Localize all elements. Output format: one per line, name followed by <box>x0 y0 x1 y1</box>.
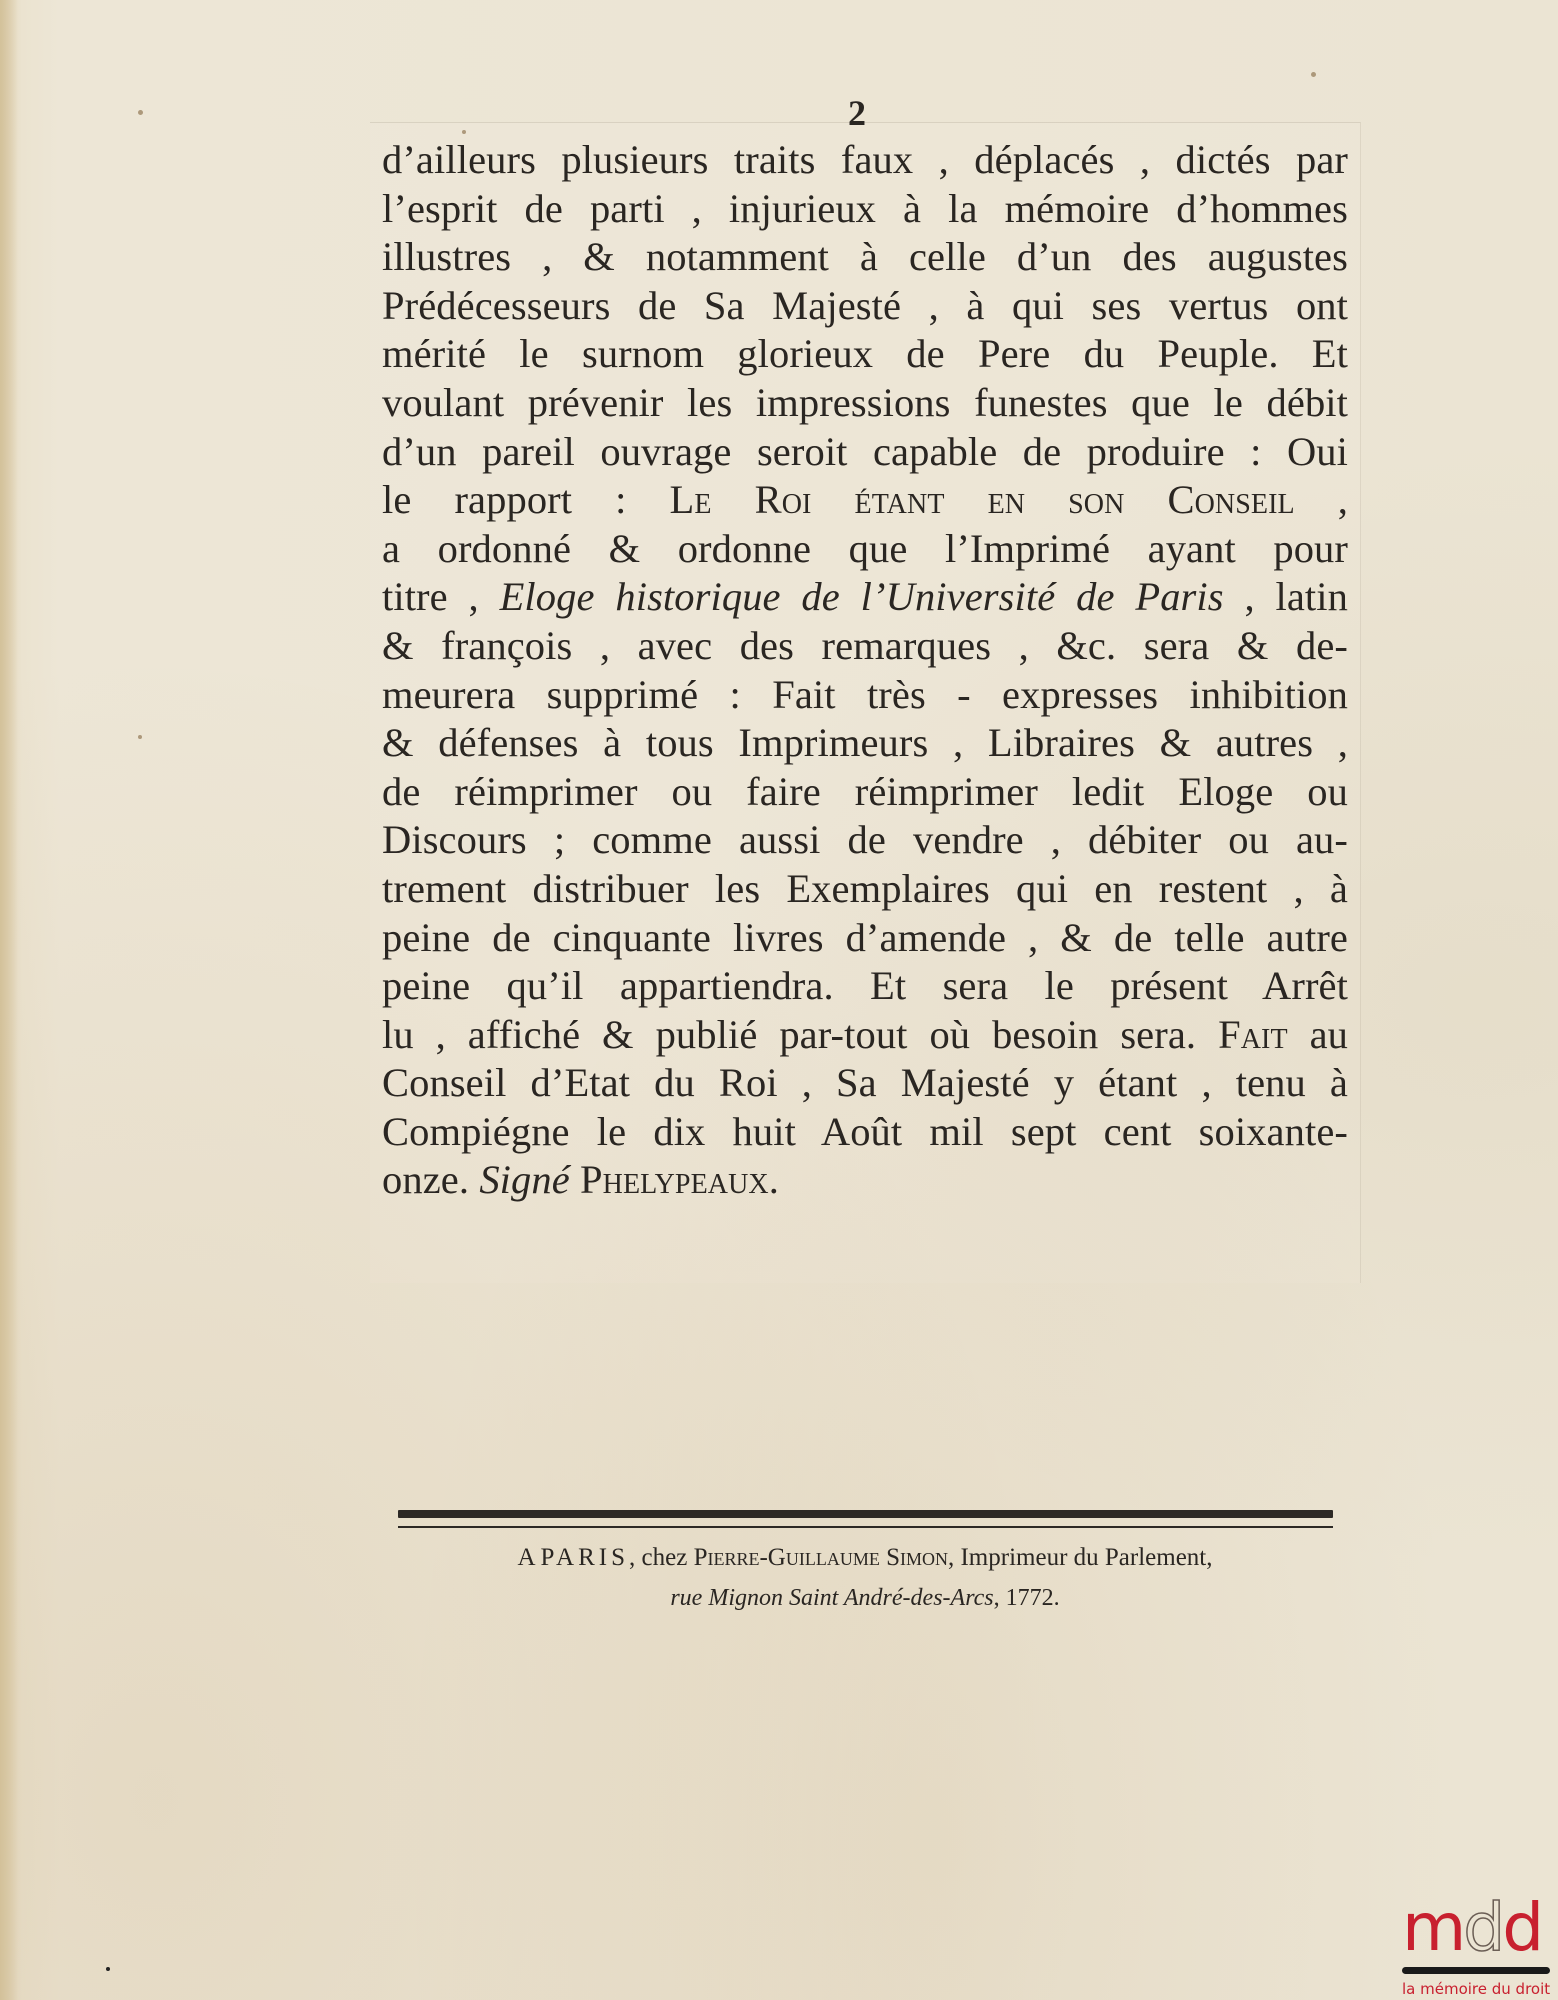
text-run: onze. <box>382 1157 479 1202</box>
logo-letter-d-outline: d <box>1463 1889 1502 1966</box>
printer-imprint: A PARIS, chez Pierre-Guillaume Simon, Im… <box>380 1538 1350 1618</box>
logo-letter-m: m <box>1402 1889 1463 1966</box>
text-line: lu , affiché & publié par-tout où besoin… <box>382 1011 1348 1060</box>
text-line: illustres , & notamment à celle d’un des… <box>382 233 1348 282</box>
mdd-logo-mark: mdd <box>1402 1895 1558 1961</box>
text-line: l’esprit de parti , injurieux à la mémoi… <box>382 185 1348 234</box>
text-line: Discours ; comme aussi de vendre , débit… <box>382 816 1348 865</box>
fait-smallcaps: Fait <box>1218 1012 1288 1057</box>
signe-italic: Signé <box>479 1157 569 1202</box>
signature-line: onze. Signé Phelypeaux. <box>382 1156 1348 1205</box>
text-line: voulant prévenir les impressions funeste… <box>382 379 1348 428</box>
imprint-line-2: rue Mignon Saint André-des-Arcs, 1772. <box>380 1578 1350 1618</box>
text-line: mérité le surnom glorieux de Pere du Peu… <box>382 330 1348 379</box>
paper-speck <box>138 735 142 739</box>
text-line: peine de cinquante livres d’amende , & d… <box>382 914 1348 963</box>
paper-speck <box>462 130 466 134</box>
text-line: de réimprimer ou faire réimprimer ledit … <box>382 768 1348 817</box>
text-line: d’un pareil ouvrage seroit capable de pr… <box>382 428 1348 477</box>
paper-speck <box>1311 72 1316 77</box>
text-line: a ordonné & ordonne que l’Imprimé ayant … <box>382 525 1348 574</box>
text-line: & françois , avec des remarques , &c. se… <box>382 622 1348 671</box>
work-title-italic: Eloge historique de l’Université de Pari… <box>500 574 1224 619</box>
text-run: , <box>1295 477 1348 522</box>
text-run: titre , <box>382 574 500 619</box>
text-run: au <box>1288 1012 1348 1057</box>
text-line: Prédécesseurs de Sa Majesté , à qui ses … <box>382 282 1348 331</box>
text-line: Compiégne le dix huit Août mil sept cent… <box>382 1108 1348 1157</box>
text-line: titre , Eloge historique de l’Université… <box>382 573 1348 622</box>
logo-letter-d: d <box>1502 1889 1541 1966</box>
imprint-text: , chez <box>629 1544 694 1571</box>
body-text: d’ailleurs plusieurs traits faux , dépla… <box>382 136 1348 1205</box>
king-in-council-smallcaps: Le Roi étant en son Conseil <box>670 477 1295 522</box>
logo-underline-bar <box>1402 1967 1550 1974</box>
text-line: le rapport : Le Roi étant en son Conseil… <box>382 476 1348 525</box>
imprint-city: PARIS <box>540 1544 629 1571</box>
imprint-line-1: A PARIS, chez Pierre-Guillaume Simon, Im… <box>380 1538 1350 1578</box>
imprint-year: , 1772. <box>994 1585 1060 1611</box>
text-run: le rapport : <box>382 477 670 522</box>
text-line: Conseil d’Etat du Roi , Sa Majesté y éta… <box>382 1059 1348 1108</box>
ornamental-rule-thick <box>398 1510 1333 1518</box>
ornamental-rule-thin <box>398 1526 1333 1528</box>
paper-speck <box>138 110 143 115</box>
text-line: & défenses à tous Imprimeurs , Libraires… <box>382 719 1348 768</box>
mdd-watermark-logo: mdd la mémoire du droit <box>1398 1895 1558 2000</box>
imprint-printer-name: Pierre-Guillaume Simon <box>694 1544 948 1571</box>
text-line: trement distribuer les Exemplaires qui e… <box>382 865 1348 914</box>
paper-speck <box>106 1967 110 1971</box>
imprint-text: A <box>518 1544 541 1571</box>
signatory-name: Phelypeaux. <box>570 1157 779 1202</box>
imprint-address: rue Mignon Saint André-des-Arcs <box>670 1585 993 1611</box>
text-run: lu , affiché & publié par-tout où besoin… <box>382 1012 1218 1057</box>
page-gutter-edge <box>0 0 18 2000</box>
text-line: peine qu’il appartiendra. Et sera le pré… <box>382 962 1348 1011</box>
logo-caption: la mémoire du droit <box>1402 1980 1558 1998</box>
text-run: , latin <box>1224 574 1348 619</box>
text-line: d’ailleurs plusieurs traits faux , dépla… <box>382 136 1348 185</box>
text-line: meurera supprimé : Fait très - expresses… <box>382 671 1348 720</box>
imprint-text: , Imprimeur du Parlement, <box>948 1544 1213 1571</box>
page-number: 2 <box>848 92 866 134</box>
